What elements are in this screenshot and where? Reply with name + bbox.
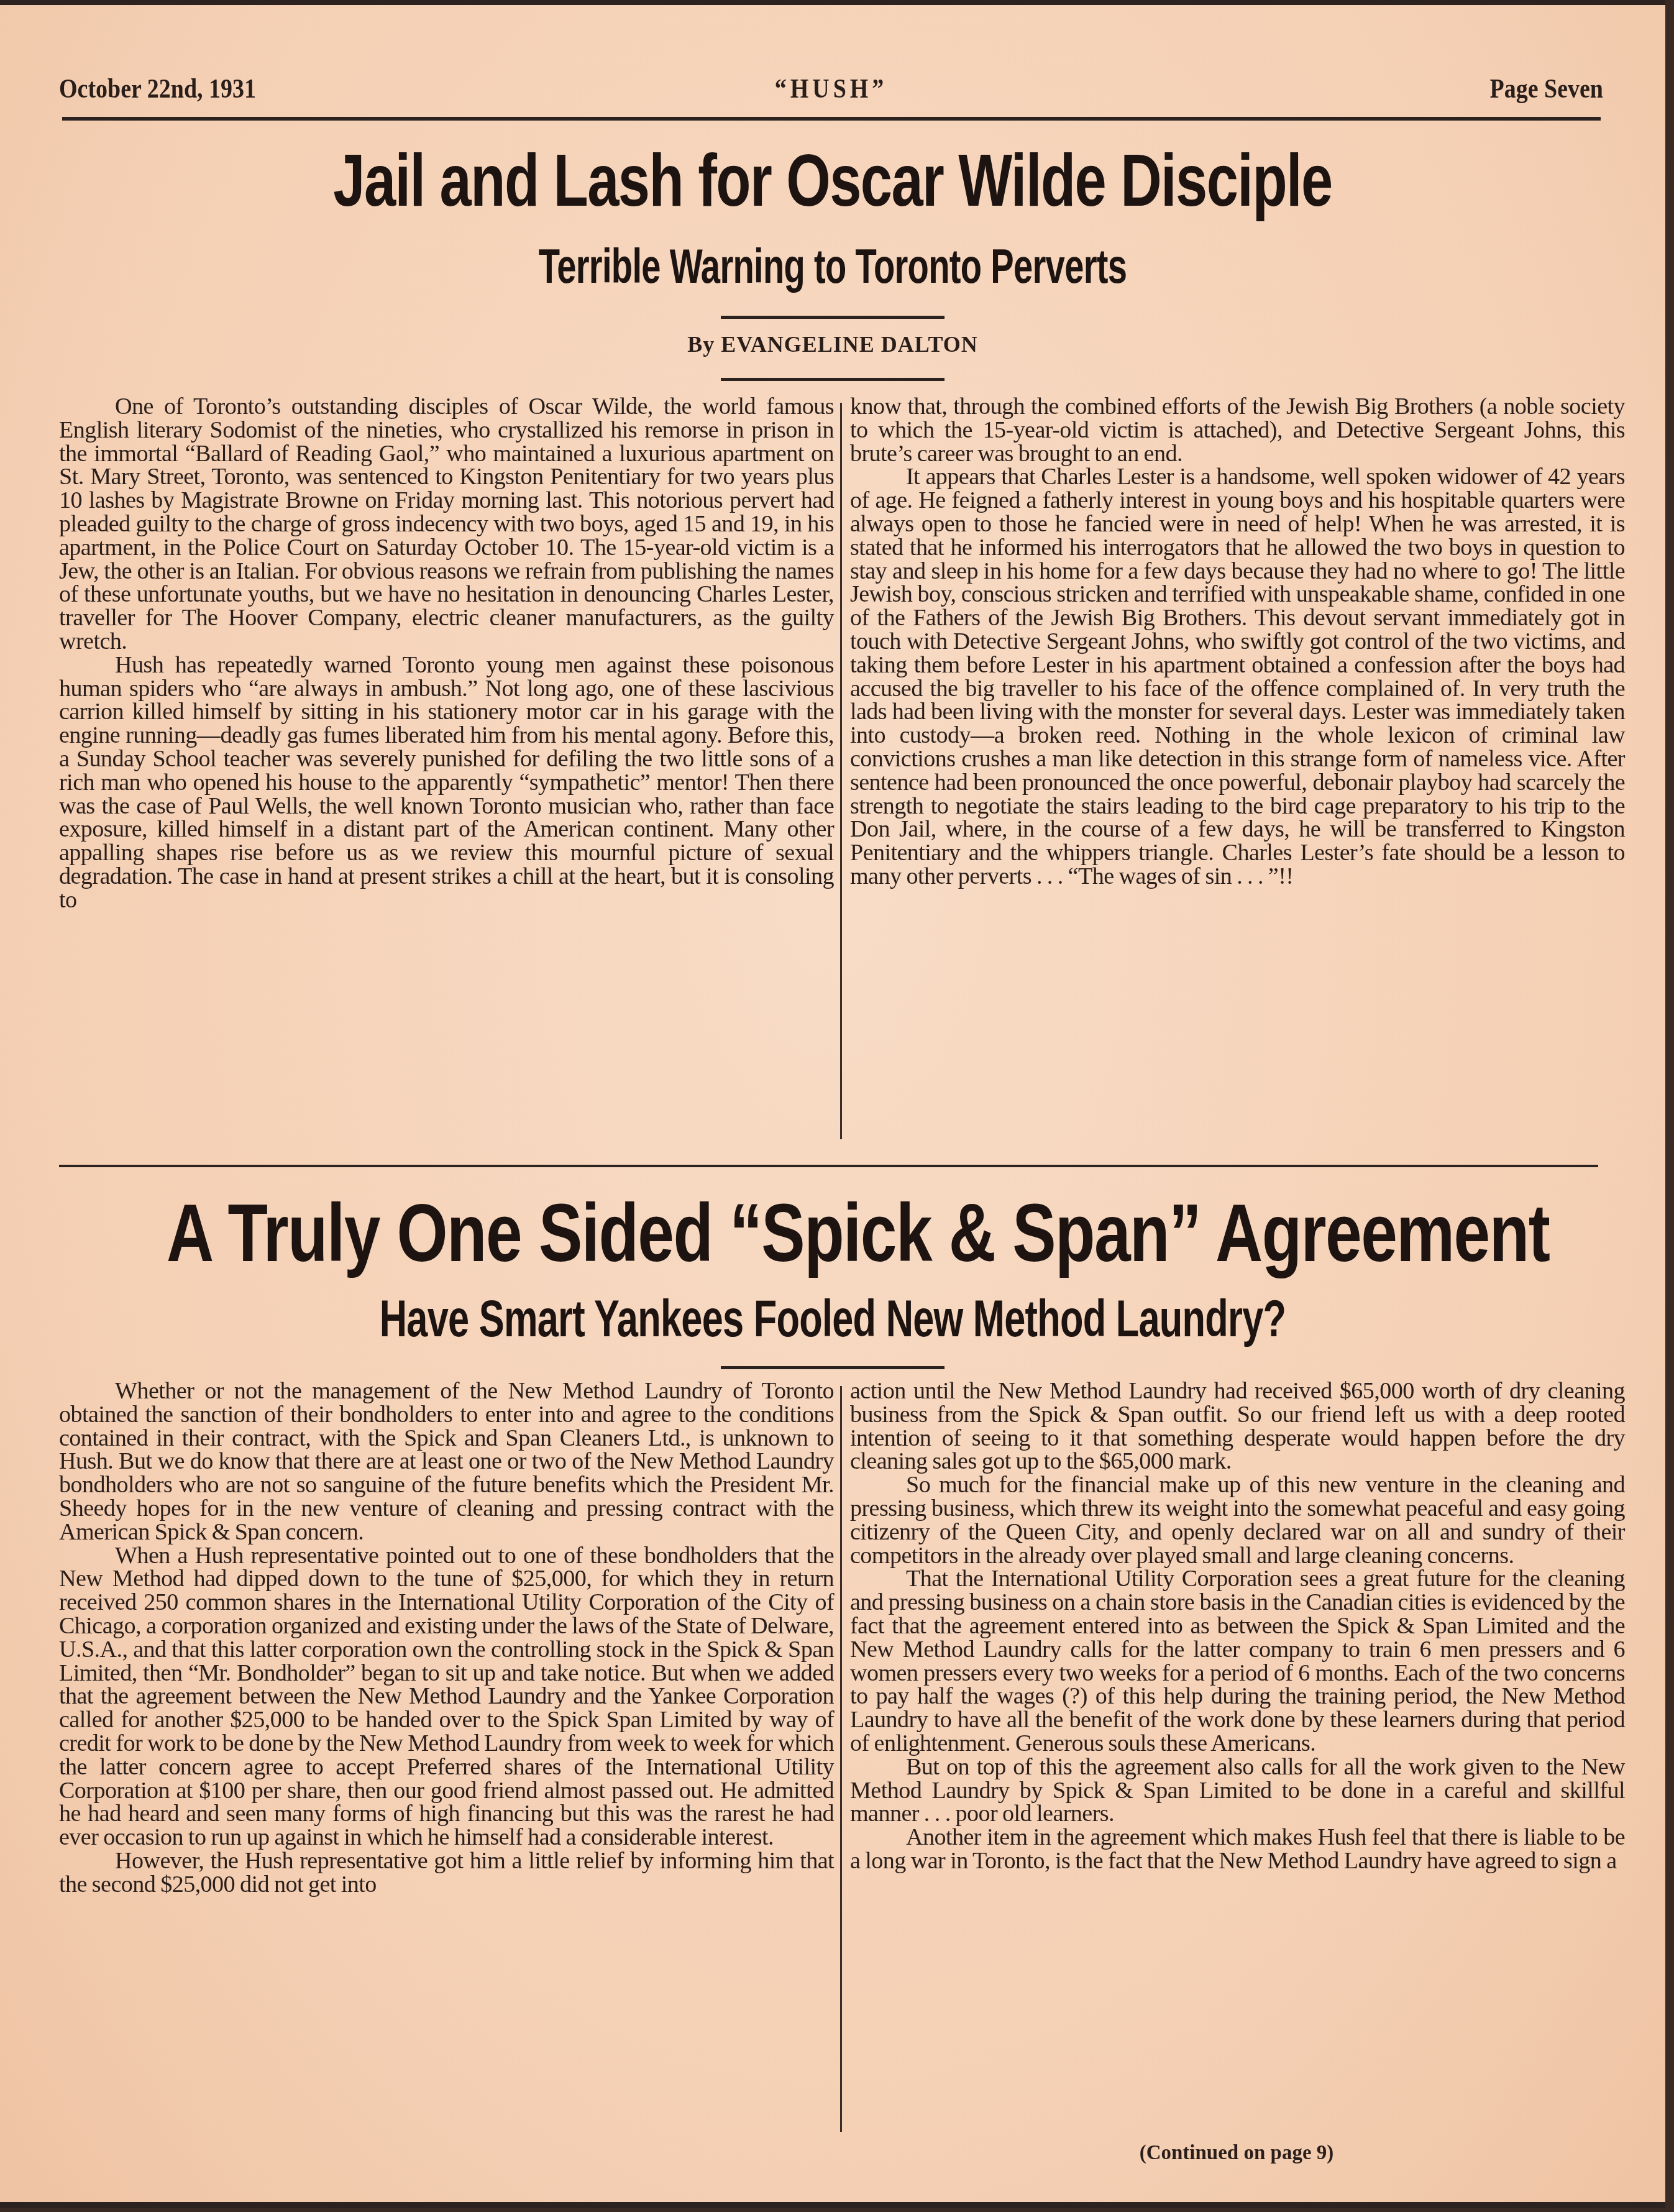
article2-left-column: Whether or not the management of the New… (59, 1380, 834, 1897)
article2-headline: A Truly One Sided “Spick & Span” Agreeme… (167, 1186, 1499, 1280)
paragraph: One of Toronto’s outstanding disciples o… (59, 395, 834, 654)
section-divider (59, 1165, 1598, 1167)
article1-right-column: know that, through the combined efforts … (850, 395, 1625, 889)
article1-headline: Jail and Lash for Oscar Wilde Disciple (183, 139, 1482, 223)
issue-date: October 22nd, 1931 (59, 73, 256, 105)
paragraph: When a Hush representative pointed out t… (59, 1544, 834, 1850)
paragraph: However, the Hush representative got him… (59, 1850, 834, 1897)
paragraph: It appears that Charles Lester is a hand… (850, 466, 1625, 888)
paragraph: But on top of this the agreement also ca… (850, 1756, 1625, 1826)
article2-subheadline: Have Smart Yankees Fooled New Method Lau… (225, 1288, 1440, 1349)
article1-left-column: One of Toronto’s outstanding disciples o… (59, 395, 834, 912)
paragraph: know that, through the combined efforts … (850, 395, 1625, 466)
article1-byline: By EVANGELINE DALTON (0, 331, 1665, 357)
paragraph: Hush has repeatedly warned Toronto young… (59, 654, 834, 912)
byline-rule-top (721, 316, 944, 319)
page-number: Page Seven (1489, 73, 1603, 105)
paragraph: Whether or not the management of the New… (59, 1380, 834, 1544)
byline-rule-bottom (721, 378, 944, 381)
publication-title: “HUSH” (775, 73, 888, 105)
paragraph: Another item in the agreement which make… (850, 1826, 1625, 1873)
scan-edge-bottom (0, 2202, 1665, 2208)
continued-note: (Continued on page 9) (833, 2142, 1640, 2165)
paragraph: That the International Utility Corporati… (850, 1567, 1625, 1755)
article2-right-column: action until the New Method Laundry had … (850, 1380, 1625, 1873)
paragraph: action until the New Method Laundry had … (850, 1380, 1625, 1474)
scan-edge-right (1665, 0, 1674, 2212)
article1-subheadline: Terrible Warning to Toronto Perverts (233, 238, 1432, 295)
headline-rule (721, 1366, 944, 1369)
header-rule (62, 117, 1601, 121)
column-divider (840, 403, 842, 1139)
column-divider (840, 1386, 842, 2132)
newspaper-page: October 22nd, 1931 “HUSH” Page Seven Jai… (0, 0, 1665, 2208)
paragraph: So much for the financial make up of thi… (850, 1474, 1625, 1567)
running-header: October 22nd, 1931 “HUSH” Page Seven (59, 73, 1603, 111)
